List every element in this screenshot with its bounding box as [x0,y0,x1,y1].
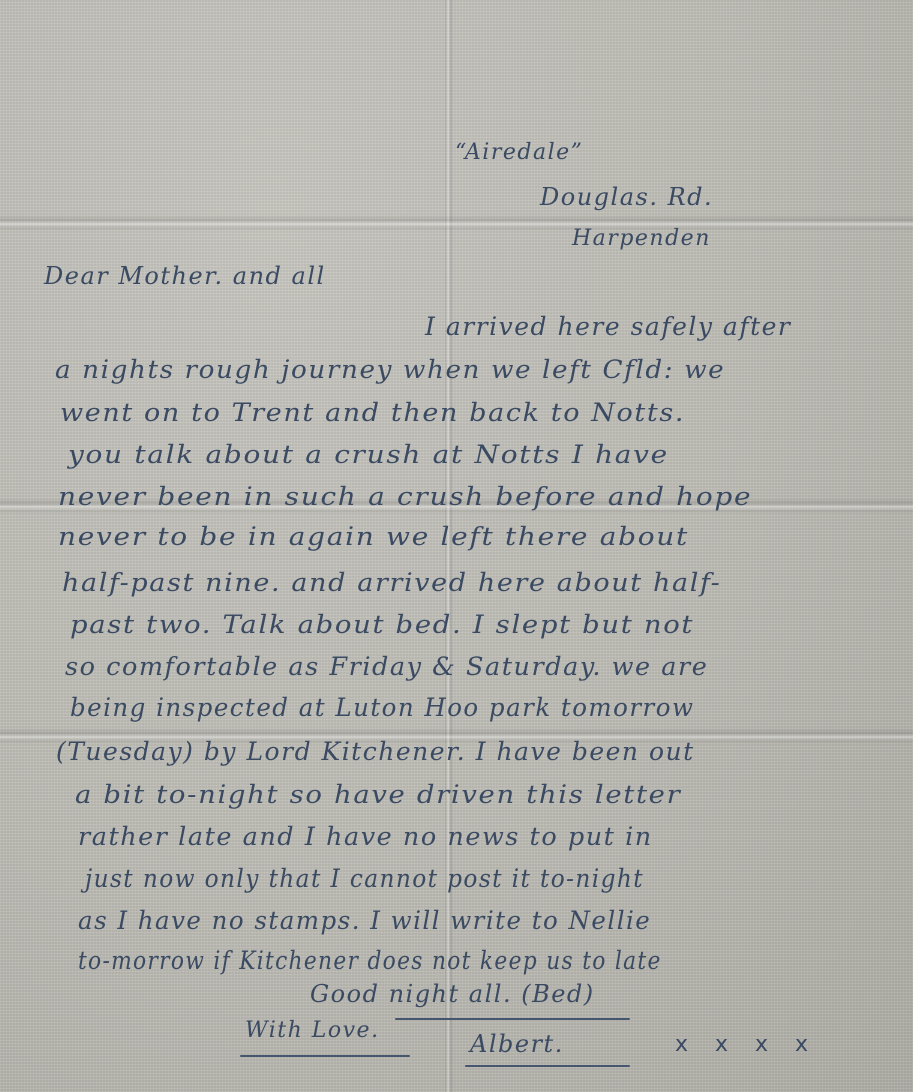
body-line: being inspected at Luton Hoo park tomorr… [70,693,694,722]
signature: Albert. [470,1030,564,1058]
address-street: Douglas. Rd. [540,183,713,211]
body-line: a bit to-night so have driven this lette… [75,780,681,809]
kisses: x x x x [675,1032,818,1057]
address-house-name: “Airedale” [455,140,583,165]
body-line: so comfortable as Friday & Saturday. we … [65,652,708,681]
body-line: never to be in again we left there about [58,522,689,551]
sign-off-underline [240,1055,410,1057]
horizontal-fold-crease [0,215,913,231]
body-line: half-past nine. and arrived here about h… [62,568,721,597]
body-line: to-morrow if Kitchener does not keep us … [78,946,662,975]
body-line: past two. Talk about bed. I slept but no… [70,610,694,639]
signature-underline [465,1065,630,1067]
body-line: a nights rough journey when we left Cfld… [55,355,725,384]
body-line: as I have no stamps. I will write to Nel… [78,906,651,935]
body-line: rather late and I have no news to put in [78,822,653,851]
body-line: went on to Trent and then back to Notts. [60,398,685,427]
body-line: just now only that I cannot post it to-n… [85,864,644,893]
address-town: Harpenden [572,226,711,251]
closing-line: Good night all. (Bed) [310,980,595,1008]
body-line: (Tuesday) by Lord Kitchener. I have been… [56,737,695,766]
body-line: I arrived here safely after [425,312,791,341]
sign-off: With Love. [245,1018,380,1043]
closing-underline [395,1018,630,1020]
body-line: you talk about a crush at Notts I have [68,440,669,469]
salutation: Dear Mother. and all [44,262,326,290]
letter-page: “Airedale” Douglas. Rd. Harpenden Dear M… [0,0,913,1092]
body-line: never been in such a crush before and ho… [58,482,752,511]
